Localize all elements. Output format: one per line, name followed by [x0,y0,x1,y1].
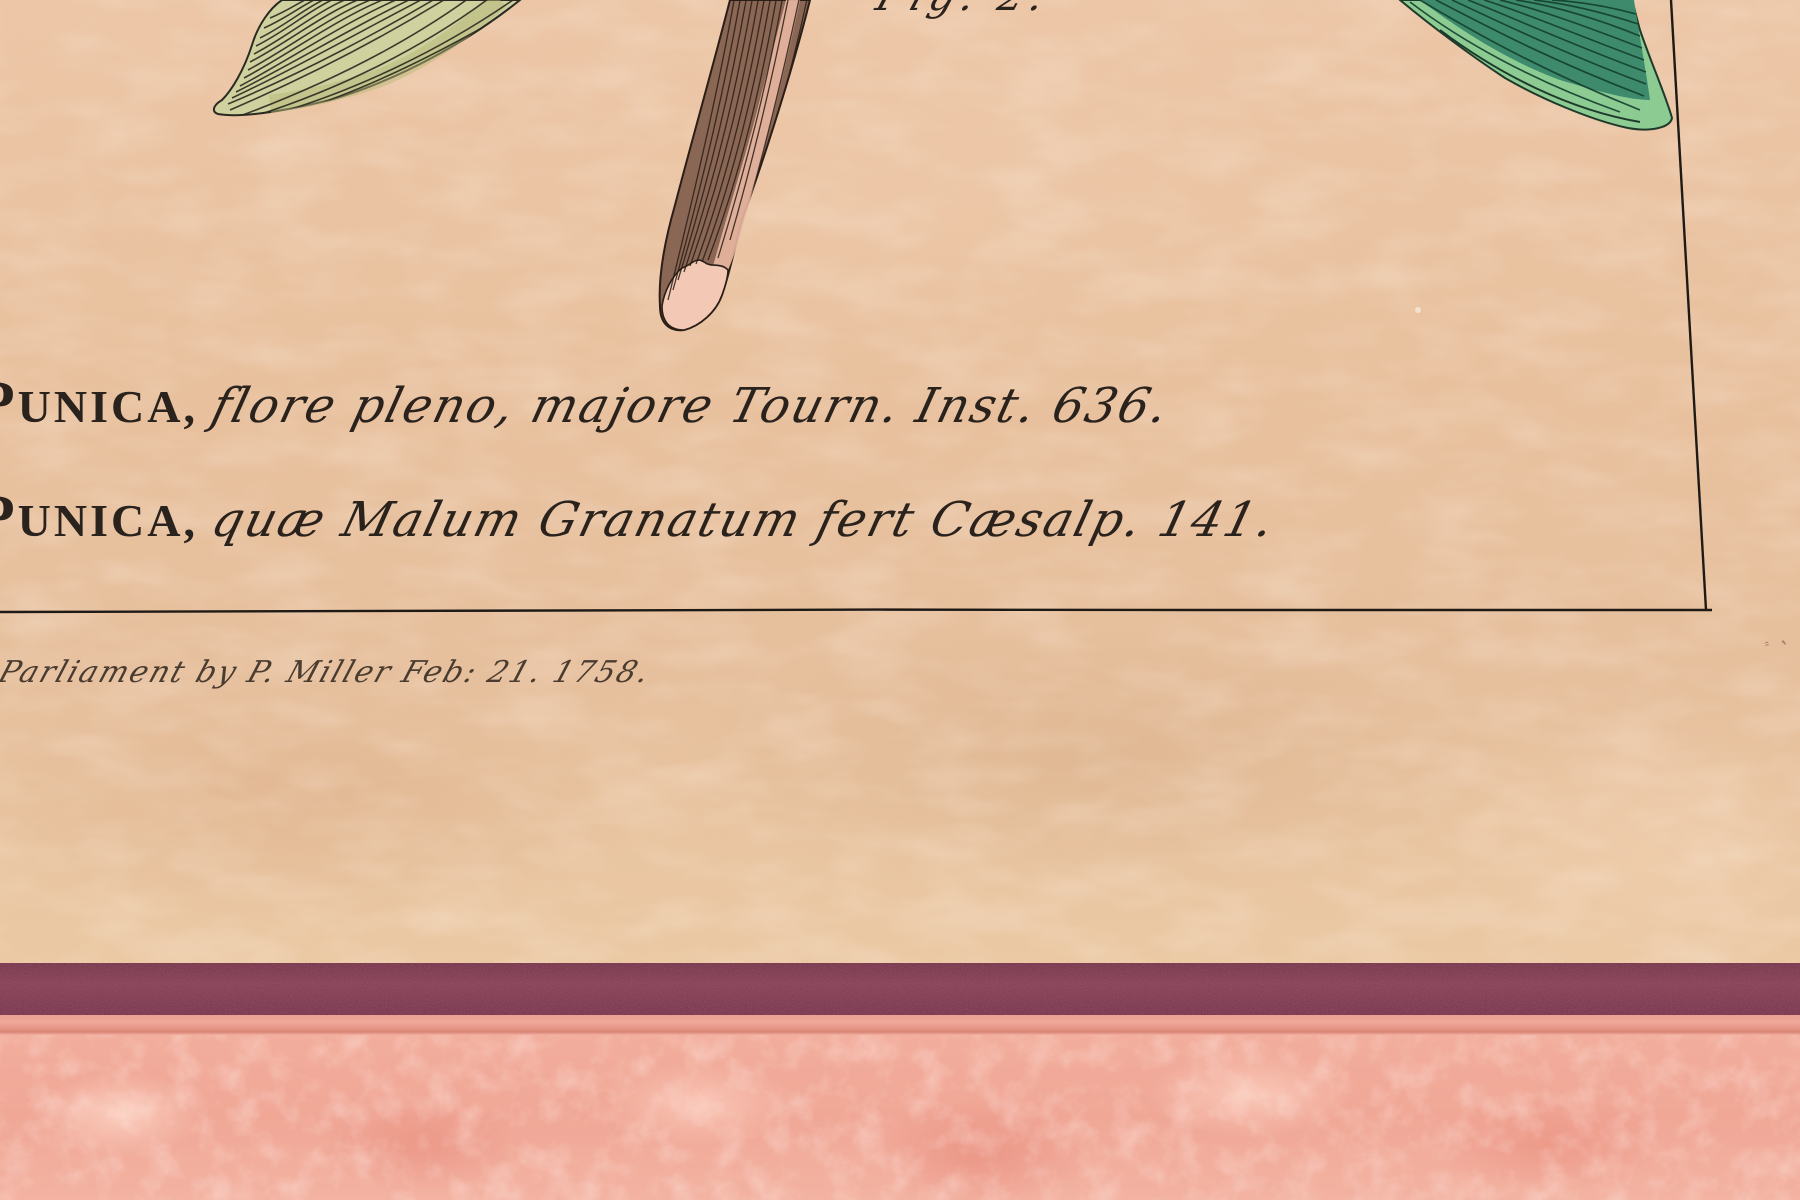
genus-name: PUNICA, [0,482,198,551]
genus-name: PUNICA, [0,368,198,437]
caption-line-2: PUNICA,quæ Malum Granatum fert Cæsalp. 1… [0,482,1267,551]
mat-purple-texture [0,963,1800,1015]
framed-botanical-print: Fig. 2. PUNICA,flore pleno, majore Tourn… [0,0,1800,1200]
plate-border-right [1671,0,1706,610]
plate-border-bottom [0,610,1712,612]
left-leaf-illustration [214,0,530,116]
caption-line-1: PUNICA,flore pleno, majore Tourn. Inst. … [0,368,1162,437]
stem-illustration [660,0,810,330]
descriptive-phrase: quæ Malum Granatum fert Cæsalp. 141. [206,492,1281,548]
descriptive-phrase: flore pleno, majore Tourn. Inst. 636. [206,378,1176,434]
mat-bevel-edge [0,1015,1800,1035]
mat-pink-texture [0,1035,1800,1200]
figure-label: Fig. 2. [871,0,1058,20]
publisher-imprint: Parliament by P. Miller Feb: 21. 1758. [0,655,656,690]
right-leaf-illustration [1400,0,1672,130]
